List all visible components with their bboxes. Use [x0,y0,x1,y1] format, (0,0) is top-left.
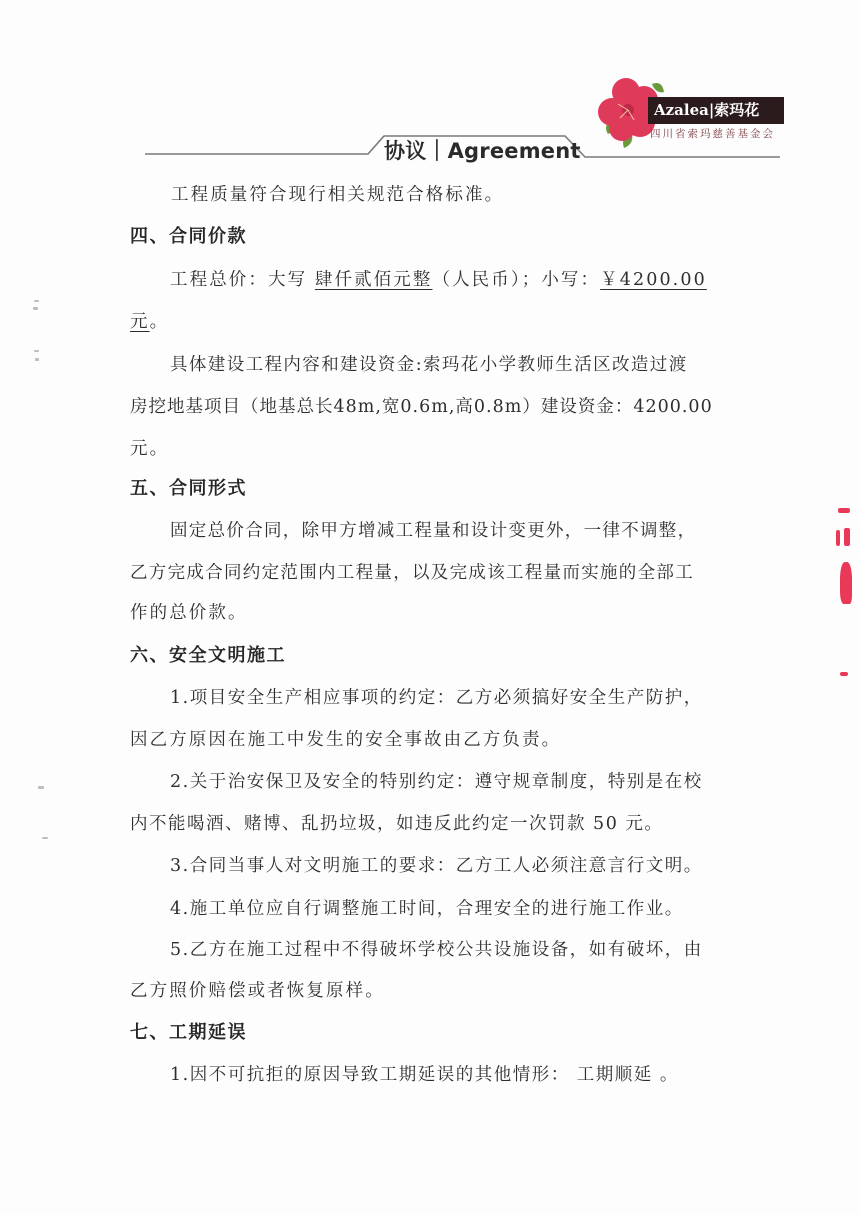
paragraph-line: 作的总价款。 [130,602,248,624]
seal-fragment [836,530,840,546]
list-item: 1.项目安全生产相应事项的约定：乙方必须搞好安全生产防护， [170,687,703,709]
scan-speck [38,786,44,789]
list-item: 2.关于治安保卫及安全的特别约定：遵守规章制度，特别是在校 [170,771,703,793]
list-item-cont: 乙方照价赔偿或者恢复原样。 [130,980,385,1002]
section-heading: 七、工期延误 [130,1022,247,1044]
intro-line: 工程质量符合现行相关规范合格标准。 [171,184,504,206]
seal-fragment [844,528,850,546]
document-page: 协议｜Agreement Azalea|索玛花 四川省索玛慈善基金会 工程质量符… [0,0,860,1214]
section-heading: 四、合同价款 [130,226,247,248]
paragraph-line: 乙方完成合同约定范围内工程量，以及完成该工程量而实施的全部工 [130,562,694,584]
scan-speck [42,837,48,839]
paragraph-line: 具体建设工程内容和建设资金:索玛花小学教师生活区改造过渡 [170,354,688,376]
logo-subtitle: 四川省索玛慈善基金会 [650,126,775,141]
seal-fragment [838,508,850,513]
scan-speck [34,300,39,302]
scan-speck [33,307,38,310]
seal-fragment [840,672,848,676]
paragraph-line: 元。 [130,438,169,460]
header-title: 协议｜Agreement [384,135,581,165]
section-heading: 六、安全文明施工 [130,645,286,667]
price-capital: 肆仟贰佰元整 [315,270,433,290]
scan-speck [35,358,39,361]
list-item: 4.施工单位应自行调整施工时间，合理安全的进行施工作业。 [170,898,684,920]
logo-brand: Azalea|索玛花 [648,97,784,124]
price-line: 工程总价：大写 肆仟贰佰元整（人民币）；小写：￥4200.00 [170,269,707,291]
price-prefix: 工程总价：大写 [170,270,315,290]
paragraph-line: 房挖地基项目（地基总长48m,宽0.6m,高0.8m）建设资金：4200.00 [130,396,713,418]
price-unit: 元 [130,312,150,332]
list-item: 3.合同当事人对文明施工的要求：乙方工人必须注意言行文明。 [170,855,703,877]
list-item: 5.乙方在施工过程中不得破坏学校公共设施设备，如有破坏，由 [170,939,703,961]
price-line-end: 元。 [130,311,169,333]
list-item: 1.因不可抗拒的原因导致工期延误的其他情形： 工期顺延 。 [170,1064,679,1086]
paragraph-line: 固定总价合同，除甲方增减工程量和设计变更外，一律不调整， [170,520,696,542]
price-end: 。 [150,312,170,332]
list-item-cont: 因乙方原因在施工中发生的安全事故由乙方负责。 [130,729,561,751]
scan-speck [34,350,39,352]
price-mid: （人民币）；小写： [432,270,600,290]
seal-fragment [840,562,852,604]
list-item-cont: 内不能喝酒、赌博、乱扔垃圾，如违反此约定一次罚款 50 元。 [130,813,663,835]
section-heading: 五、合同形式 [130,478,247,500]
price-small: ￥4200.00 [600,270,707,290]
